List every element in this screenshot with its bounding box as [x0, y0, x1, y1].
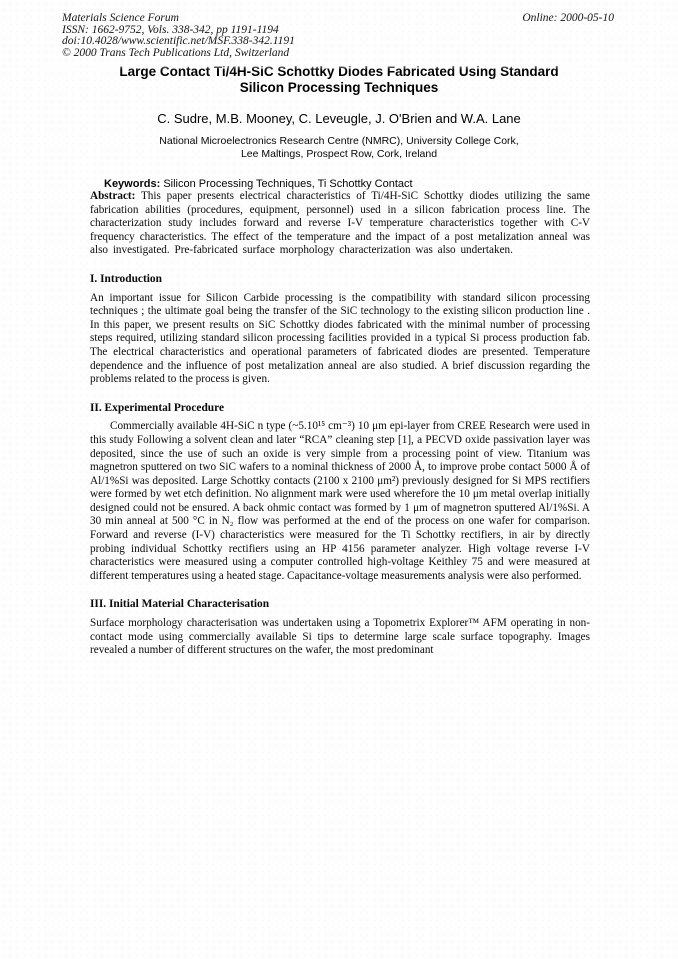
journal-info: Materials Science Forum ISSN: 1662-9752,… — [62, 13, 295, 59]
journal-header: Materials Science Forum ISSN: 1662-9752,… — [0, 0, 678, 59]
affiliation-line-1: National Microelectronics Research Centr… — [0, 135, 678, 148]
section-heading-experimental-procedure: II. Experimental Procedure — [90, 402, 590, 416]
paper-title-line-2: Silicon Processing Techniques — [40, 80, 638, 96]
paper-page: Materials Science Forum ISSN: 1662-9752,… — [0, 0, 678, 959]
affiliation-line-2: Lee Maltings, Prospect Row, Cork, Irelan… — [0, 148, 678, 161]
paper-title: Large Contact Ti/4H-SiC Schottky Diodes … — [40, 64, 638, 96]
author-list: C. Sudre, M.B. Mooney, C. Leveugle, J. O… — [0, 111, 678, 126]
section-heading-initial-material-characterisation: III. Initial Material Characterisation — [90, 598, 590, 612]
introduction-paragraph: An important issue for Silicon Carbide p… — [90, 292, 590, 387]
abstract-text: This paper presents electrical character… — [90, 190, 590, 256]
doi-line: doi:10.4028/www.scientific.net/MSF.338-3… — [62, 36, 295, 48]
initial-material-characterisation-paragraph: Surface morphology characterisation was … — [90, 617, 590, 658]
paper-title-line-1: Large Contact Ti/4H-SiC Schottky Diodes … — [40, 64, 638, 80]
keywords-text: Silicon Processing Techniques, Ti Schott… — [163, 178, 412, 190]
affiliation: National Microelectronics Research Centr… — [0, 135, 678, 161]
section-heading-introduction: I. Introduction — [90, 273, 590, 287]
abstract-paragraph: Abstract: This paper presents electrical… — [90, 190, 590, 258]
paper-body: Abstract: This paper presents electrical… — [90, 190, 590, 658]
abstract-label: Abstract: — [90, 190, 135, 202]
experimental-procedure-paragraph: Commercially available 4H-SiC n type (~5… — [90, 420, 590, 583]
keywords-label: Keywords: — [104, 178, 160, 190]
journal-name: Materials Science Forum — [62, 13, 295, 25]
keywords-row: Keywords: Silicon Processing Techniques,… — [104, 178, 590, 190]
copyright-line: © 2000 Trans Tech Publications Ltd, Swit… — [62, 48, 295, 60]
online-date: Online: 2000-05-10 — [522, 13, 614, 25]
